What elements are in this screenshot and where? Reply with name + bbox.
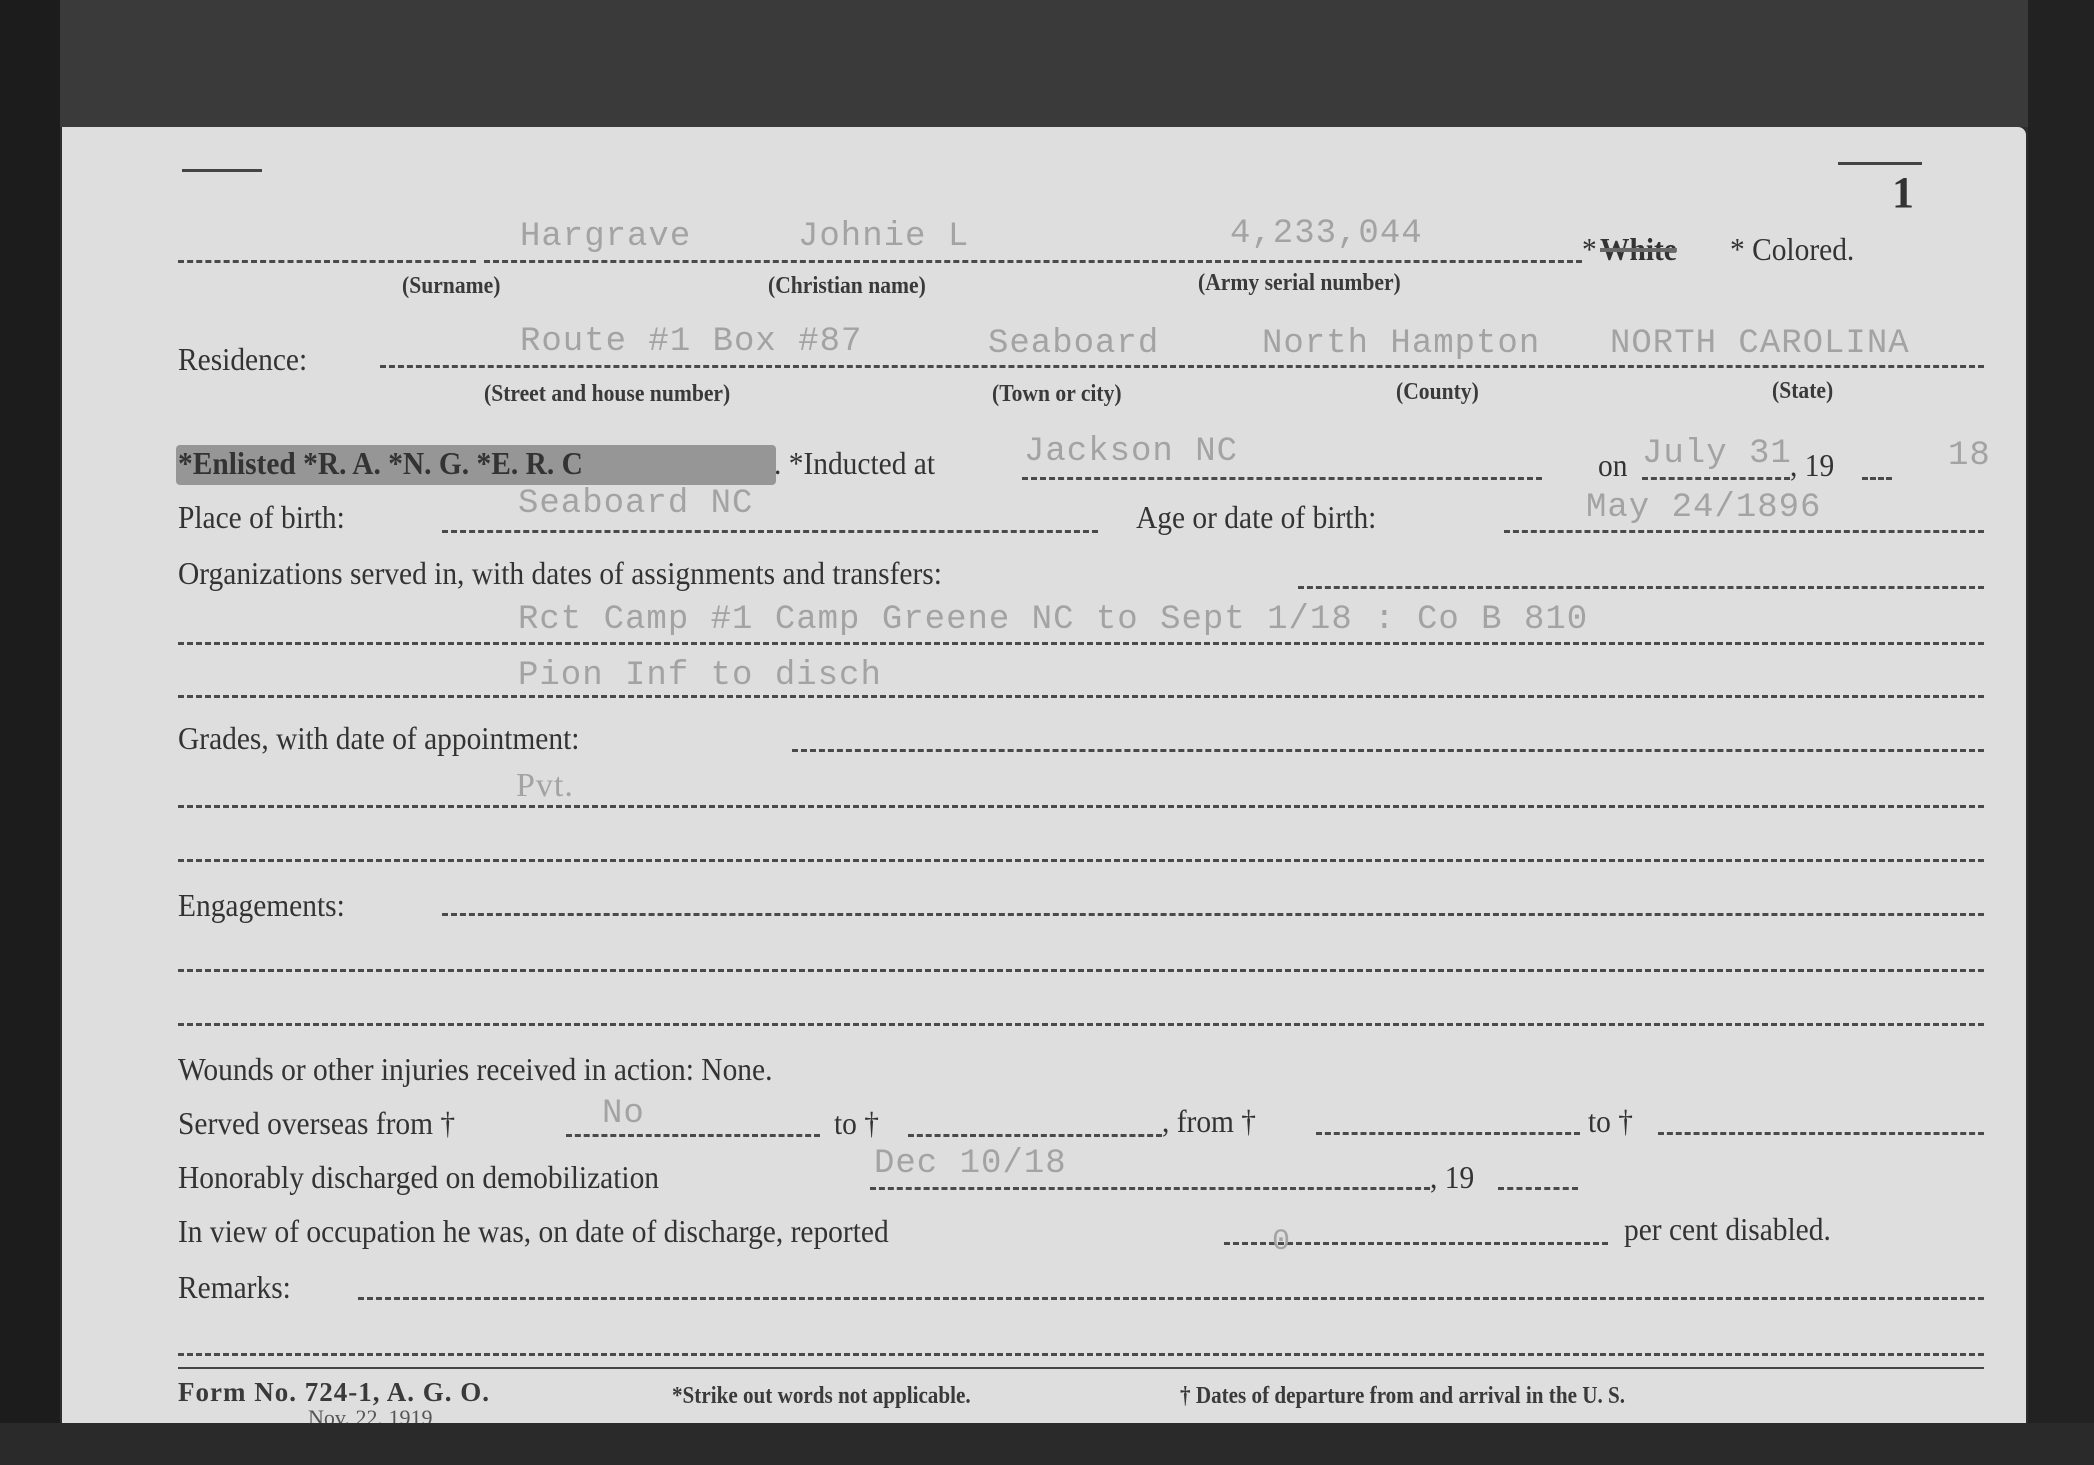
inducted-at-value: Jackson NC: [1024, 433, 1238, 471]
induction-date-line: [1642, 477, 1790, 480]
discharge-label: Honorably discharged on demobilization: [178, 1159, 659, 1196]
inducted-at-label: . *Inducted at: [774, 445, 935, 482]
service-record-card: 1 Hargrave Johnie L 4,233,044 * White * …: [62, 127, 2026, 1423]
grade-value: Pvt.: [516, 767, 574, 805]
overseas-to-label: to †: [834, 1105, 879, 1142]
christian-name-caption: (Christian name): [768, 273, 926, 300]
overseas-to2-label: to †: [1588, 1103, 1633, 1140]
grades-line-2: [178, 859, 1984, 862]
residence-line: [380, 365, 1984, 368]
disability-suffix: per cent disabled.: [1624, 1211, 1831, 1248]
place-of-birth-line: [442, 530, 1098, 533]
white-option-struck: White: [1600, 231, 1677, 268]
white-asterisk: *: [1582, 231, 1597, 268]
disability-label: In view of occupation he was, on date of…: [178, 1213, 889, 1250]
residence-street-value: Route #1 Box #87: [520, 323, 862, 361]
top-left-mark: [182, 169, 262, 172]
overseas-from2-label: , from †: [1162, 1103, 1256, 1140]
date-of-birth-line: [1504, 530, 1984, 533]
colored-option: * Colored.: [1730, 231, 1854, 268]
inducted-on-label: on: [1598, 447, 1627, 484]
christian-name-value: Johnie L: [798, 218, 969, 256]
scan-background-top: [0, 0, 2094, 127]
discharge-date-value: Dec 10/18: [874, 1145, 1067, 1183]
serial-number-value: 4,233,044: [1230, 215, 1423, 253]
disability-percent-value: 0: [1272, 1225, 1291, 1259]
scan-background-left: [0, 0, 60, 1465]
overseas-to2-line: [1658, 1132, 1984, 1135]
induction-year-prefix: , 19: [1790, 447, 1834, 484]
state-caption: (State): [1772, 378, 1833, 405]
inducted-at-line: [1022, 477, 1542, 480]
place-of-birth-label: Place of birth:: [178, 499, 345, 536]
enlistment-options-struck: *Enlisted *R. A. *N. G. *E. R. C: [178, 445, 583, 482]
residence-town-value: Seaboard: [988, 325, 1159, 363]
scan-background-bottom: [0, 1423, 2094, 1465]
residence-label: Residence:: [178, 341, 307, 378]
induction-date-value: July 31: [1642, 435, 1792, 473]
date-of-birth-label: Age or date of birth:: [1136, 499, 1376, 536]
wounds-label: Wounds or other injuries received in act…: [178, 1051, 772, 1088]
town-caption: (Town or city): [992, 381, 1122, 408]
place-of-birth-value: Seaboard NC: [518, 485, 753, 523]
residence-county-value: North Hampton: [1262, 325, 1540, 363]
engagements-line-2: [178, 969, 1984, 972]
footer-divider: [178, 1367, 1984, 1369]
grades-label: Grades, with date of appointment:: [178, 720, 579, 757]
form-number: Form No. 724-1, A. G. O.: [178, 1377, 490, 1408]
county-caption: (County): [1396, 379, 1479, 406]
remarks-line-1: [358, 1297, 1984, 1300]
overseas-to-line: [908, 1134, 1162, 1137]
surname-line: [178, 260, 476, 263]
served-overseas-from-value: No: [602, 1095, 645, 1133]
top-right-mark: [1838, 162, 1922, 165]
organizations-line-1: [178, 642, 1984, 645]
scan-background-right: [2028, 0, 2094, 1465]
grades-label-line: [792, 749, 1984, 752]
date-of-birth-value: May 24/1896: [1586, 489, 1821, 527]
overseas-from2-line: [1316, 1132, 1580, 1135]
surname-value: Hargrave: [520, 218, 691, 256]
served-overseas-label: Served overseas from †: [178, 1105, 455, 1142]
engagements-label: Engagements:: [178, 887, 345, 924]
footnote-strike-out: *Strike out words not applicable.: [672, 1383, 971, 1410]
engagements-line-1: [442, 913, 1984, 916]
engagements-line-3: [178, 1023, 1984, 1026]
card-number: 1: [1892, 167, 1914, 218]
discharge-year-line: [1498, 1187, 1578, 1190]
overseas-from-line: [566, 1134, 820, 1137]
discharge-date-line: [870, 1187, 1430, 1190]
footnote-dates: † Dates of departure from and arrival in…: [1180, 1383, 1625, 1410]
discharge-year-label: , 19: [1430, 1159, 1474, 1196]
grades-line-1: [178, 805, 1984, 808]
form-date: Nov. 22, 1919: [308, 1405, 432, 1423]
remarks-line-2: [178, 1353, 1984, 1356]
surname-caption: (Surname): [402, 273, 500, 300]
organizations-label-line: [1298, 586, 1984, 589]
induction-year-line: [1862, 477, 1892, 480]
organizations-line-2-value: Pion Inf to disch: [518, 657, 882, 695]
organizations-label: Organizations served in, with dates of a…: [178, 555, 942, 592]
induction-year-value: 18: [1948, 437, 1991, 475]
organizations-line-2: [178, 695, 1984, 698]
remarks-label: Remarks:: [178, 1269, 291, 1306]
street-caption: (Street and house number): [484, 381, 730, 408]
serial-number-caption: (Army serial number): [1198, 270, 1401, 297]
name-serial-line: [484, 260, 1582, 263]
organizations-line-1-value: Rct Camp #1 Camp Greene NC to Sept 1/18 …: [518, 601, 1588, 639]
residence-state-value: NORTH CAROLINA: [1610, 325, 1910, 363]
